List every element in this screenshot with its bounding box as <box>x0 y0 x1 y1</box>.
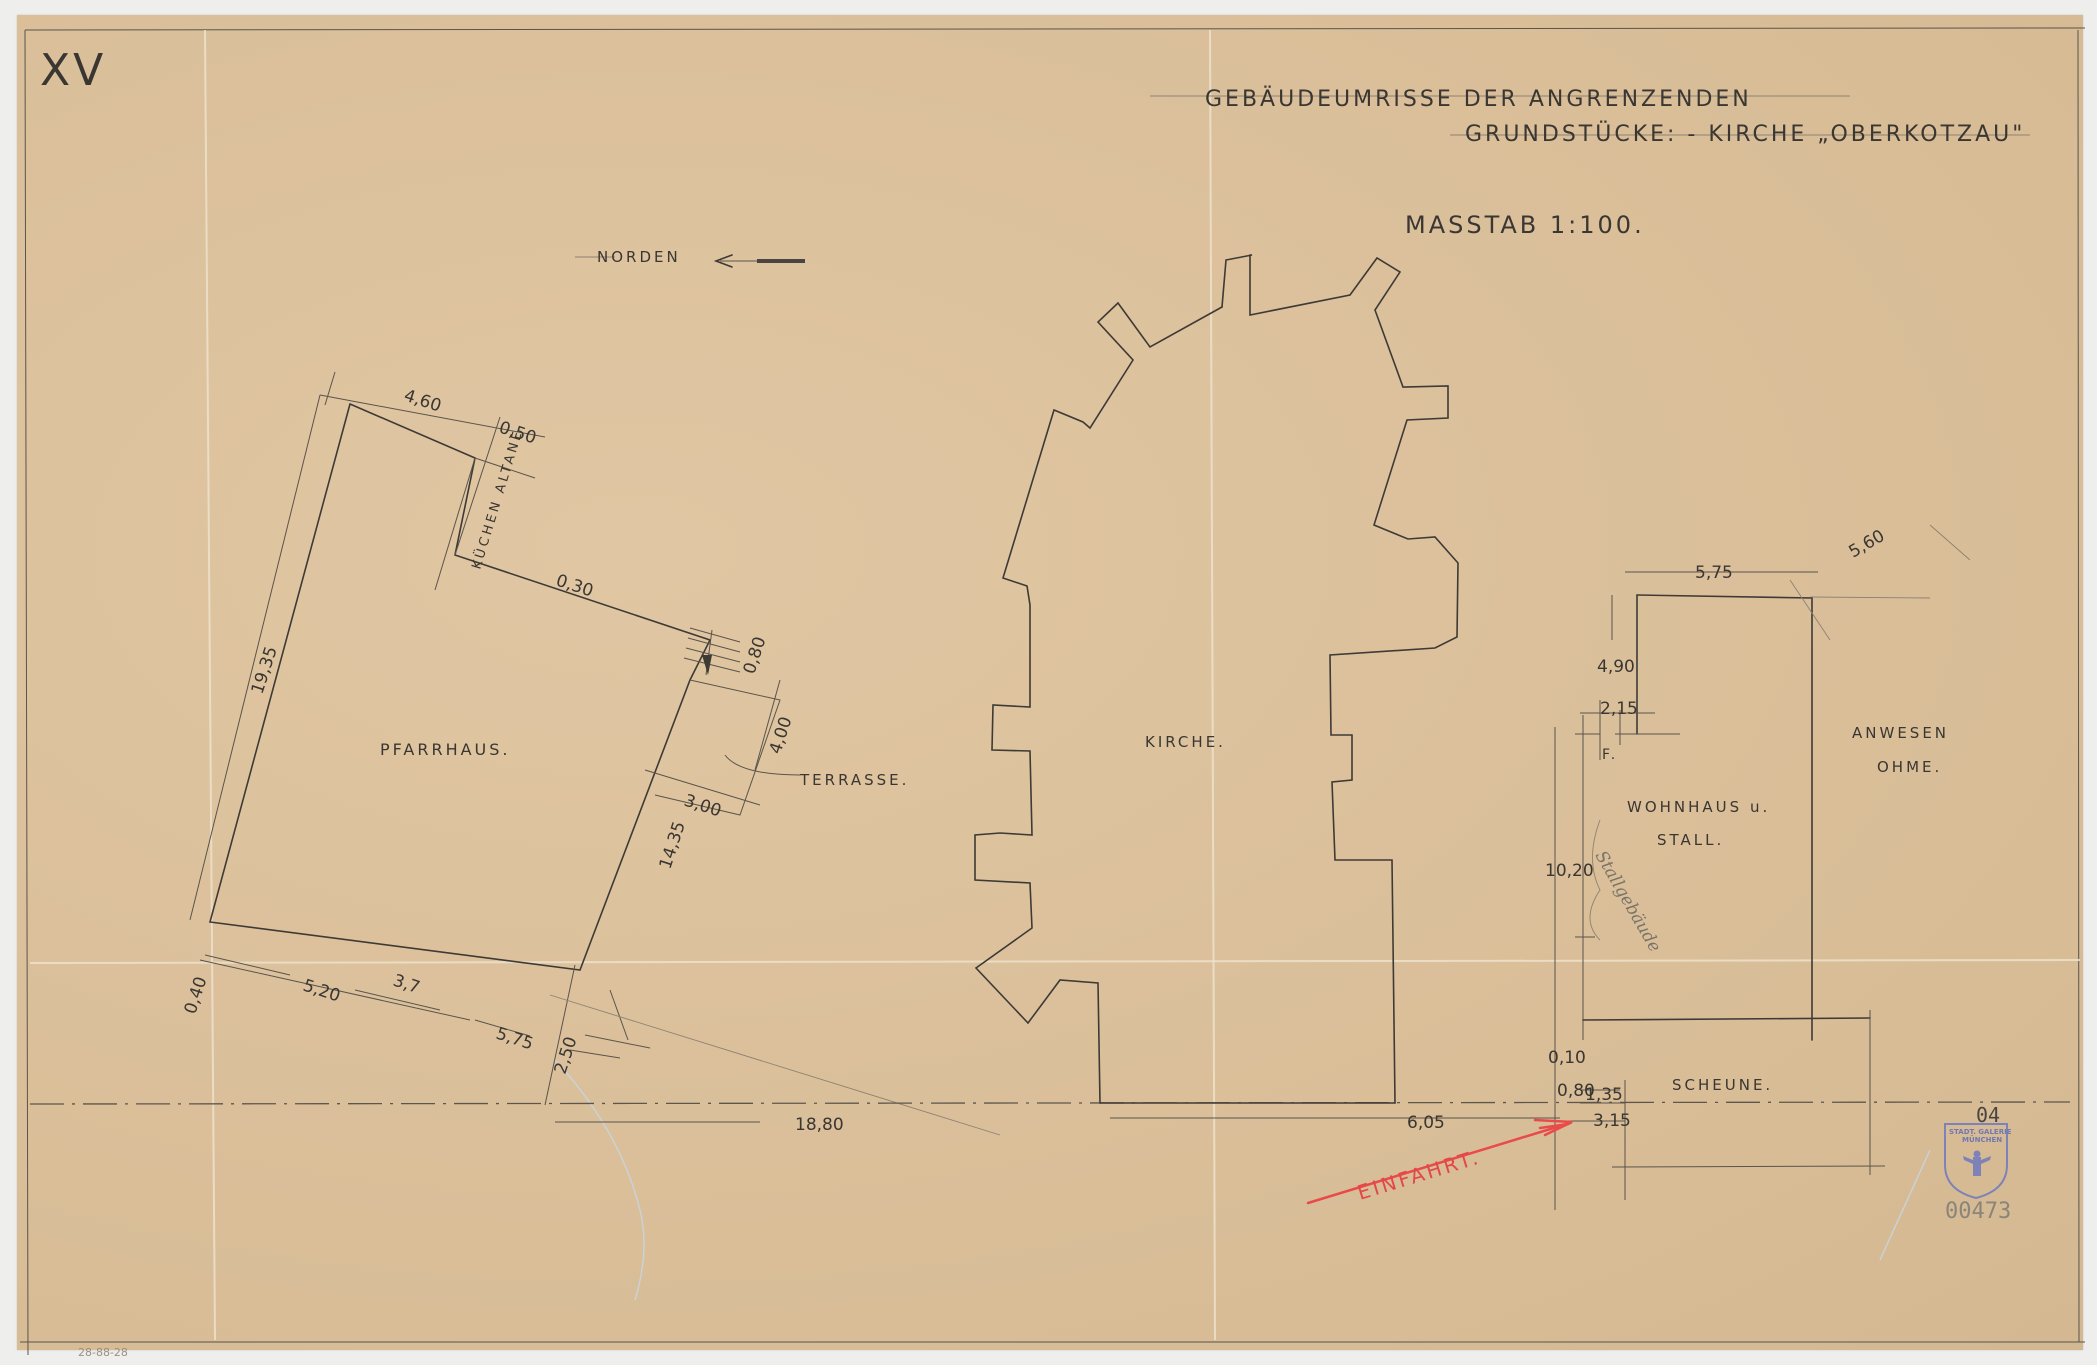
dim-diagonal: 5,60 <box>1846 526 1889 562</box>
dim-left-offset: 0,40 <box>181 974 212 1016</box>
dim-scheune-c: 1,35 <box>1585 1085 1623 1105</box>
dim-pfarrhaus-right: 14,35 <box>656 819 690 871</box>
anwesen-label-2: OHME. <box>1877 758 1942 776</box>
kirche-outline <box>975 255 1458 1103</box>
dim-altane-offset: 0,30 <box>553 571 595 602</box>
paper-folds <box>30 30 2080 1340</box>
f-mark: F. <box>1602 747 1618 763</box>
dim-pfarrhaus-side: 19,35 <box>248 644 282 696</box>
north-indicator: NORDEN <box>575 248 805 267</box>
archive-stamp: 04 STADT. GALERIE MÜNCHEN 00473 <box>1945 1103 2012 1224</box>
muenchner-kindl-icon <box>1963 1151 1991 1177</box>
reference-lines <box>30 1102 2070 1122</box>
bottom-note: 28-88-28 <box>78 1346 128 1359</box>
dim-wohnhaus-length: 10,20 <box>1545 861 1594 881</box>
dim-bottom-right: 5,75 <box>493 1024 535 1055</box>
dim-corner-offset: 2,50 <box>551 1034 582 1076</box>
scale-label: MASSTAB 1:100. <box>1405 211 1645 239</box>
kirche-label: KIRCHE. <box>1145 733 1226 751</box>
north-arrow-icon <box>716 255 805 267</box>
pencil-script-note: Stallgebäude <box>1591 848 1665 956</box>
stair-icon <box>684 628 740 675</box>
dim-street-gap: 6,05 <box>1407 1113 1445 1133</box>
inventory-number: 00473 <box>1945 1199 2011 1224</box>
title-block: GEBÄUDEUMRISSE DER ANGRENZENDEN GRUNDSTÜ… <box>1150 86 2030 239</box>
dim-distance-kirche: 18,80 <box>795 1115 844 1135</box>
title-line-1: GEBÄUDEUMRISSE DER ANGRENZENDEN <box>1205 86 1752 112</box>
scheune-label: SCHEUNE. <box>1672 1076 1773 1094</box>
pfarrhaus-outline <box>190 372 1000 1135</box>
dim-scheune-d: 3,15 <box>1593 1111 1631 1131</box>
dim-scheune-a: 0,10 <box>1548 1048 1586 1068</box>
sheet-mark: XV <box>40 45 106 96</box>
dim-wohnhaus-f: 2,15 <box>1600 699 1638 719</box>
terrasse-label: TERRASSE. <box>799 771 909 789</box>
dim-stair: 0,80 <box>740 634 771 676</box>
stamp-line-2: MÜNCHEN <box>1962 1135 2002 1144</box>
dim-terrasse-depth: 4,00 <box>766 714 797 756</box>
north-label: NORDEN <box>597 248 681 266</box>
stamp-line-1: STADT. GALERIE <box>1949 1128 2012 1136</box>
dim-wohnhaus-offset: 4,90 <box>1597 657 1635 677</box>
wohnhaus-label-2: STALL. <box>1657 831 1724 849</box>
wohnhaus-label-1: WOHNHAUS u. <box>1627 798 1770 816</box>
einfahrt-label: EINFAHRT. <box>1354 1145 1483 1205</box>
kuechen-altane-label: KÜCHEN ALTANE <box>468 427 527 571</box>
dim-wohnhaus-top: 5,75 <box>1695 563 1733 583</box>
title-line-2: GRUNDSTÜCKE: - KIRCHE „OBERKOTZAU" <box>1465 121 2025 147</box>
sheet-border <box>20 28 2085 1355</box>
dim-bottom-small: 3,7 <box>390 971 422 998</box>
dim-terrasse-width: 3,00 <box>681 791 723 822</box>
pfarrhaus-label: PFARRHAUS. <box>380 740 511 759</box>
dim-bottom-left: 5,20 <box>300 976 342 1007</box>
anwesen-label-1: ANWESEN <box>1852 724 1949 742</box>
site-plan-drawing: XV GEBÄUDEUMRISSE DER ANGRENZENDEN GRUND… <box>0 0 2097 1365</box>
